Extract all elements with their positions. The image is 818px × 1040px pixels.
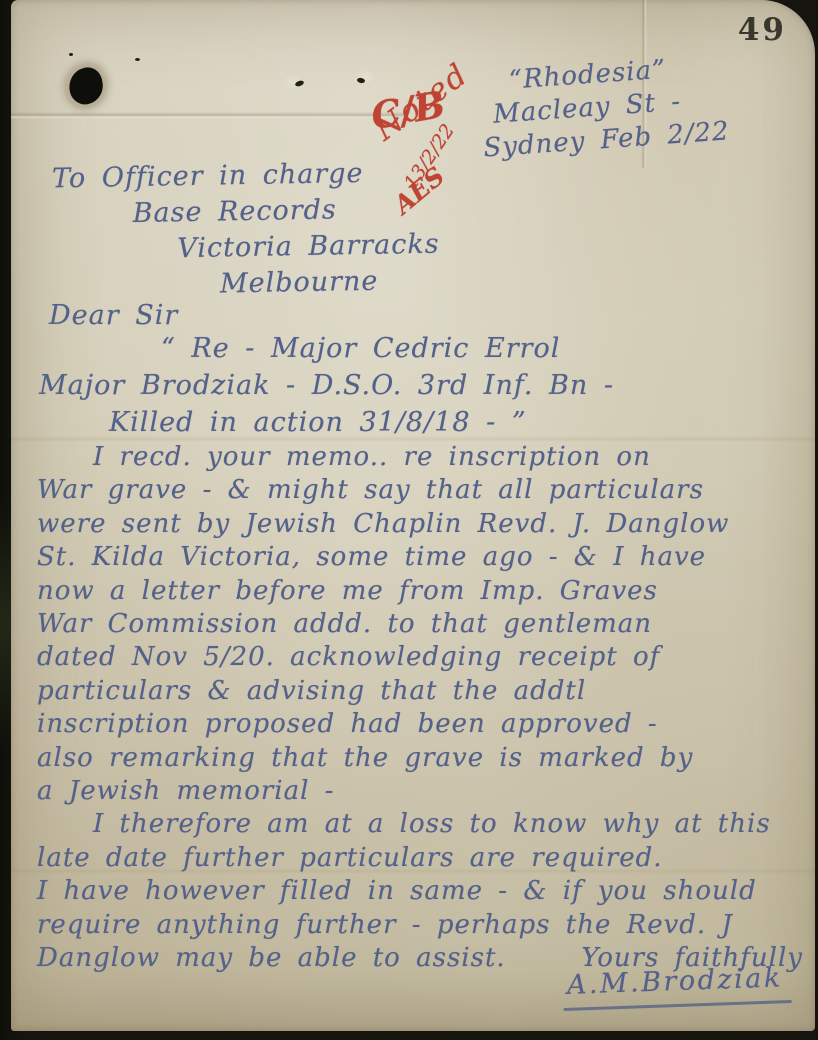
body-line: War Commission addd. to that gentleman bbox=[37, 608, 803, 641]
letter-page: 49 C/B Noted 13/2/22 AES “Rhodesia” Macl… bbox=[11, 0, 815, 1031]
signature: A.M.Brodziak bbox=[562, 962, 791, 1011]
folio-number: 49 bbox=[738, 12, 787, 48]
sender-address: “Rhodesia” Macleay St - Sydney Feb 2/22 bbox=[478, 50, 731, 166]
body-line: I have however filled in same - & if you… bbox=[37, 875, 803, 908]
paper-speck bbox=[357, 77, 366, 83]
body-line: late date further particulars are requir… bbox=[37, 842, 803, 875]
body-line: also remarking that the grave is marked … bbox=[37, 742, 803, 775]
letter-body: I recd. your memo.. re inscription on Wa… bbox=[37, 441, 803, 976]
subject-line: Major Brodziak - D.S.O. 3rd Inf. Bn - bbox=[39, 367, 614, 404]
body-line: dated Nov 5/20. acknowledging receipt of bbox=[37, 641, 803, 674]
body-line: now a letter before me from Imp. Graves bbox=[37, 575, 803, 608]
body-line: were sent by Jewish Chaplin Revd. J. Dan… bbox=[37, 508, 803, 541]
body-line: require anything further - perhaps the R… bbox=[37, 909, 803, 942]
body-line: a Jewish memorial - bbox=[37, 775, 803, 808]
recipient-line: Base Records bbox=[132, 191, 439, 232]
salutation: Dear Sir bbox=[49, 300, 178, 331]
subject-line: “ Re - Major Cedric Errol bbox=[161, 330, 614, 367]
fold-crease bbox=[11, 112, 403, 119]
body-line: Danglow may be able to assist. bbox=[37, 942, 506, 975]
paper-speck bbox=[135, 58, 140, 61]
paper-speck bbox=[69, 53, 73, 56]
recipient-line: Victoria Barracks bbox=[177, 227, 440, 268]
recipient-line: Melbourne bbox=[220, 263, 441, 303]
scan-background: 49 C/B Noted 13/2/22 AES “Rhodesia” Macl… bbox=[0, 0, 818, 1040]
paper-hole bbox=[65, 64, 107, 107]
body-line: St. Kilda Victoria, some time ago - & I … bbox=[37, 541, 803, 574]
body-line: particulars & advising that the addtl bbox=[37, 675, 803, 708]
body-line: War grave - & might say that all particu… bbox=[37, 474, 803, 507]
subject-line: Killed in action 31/8/18 - ” bbox=[109, 404, 614, 441]
paper-speck bbox=[294, 80, 304, 88]
body-line: inscription proposed had been approved - bbox=[37, 708, 803, 741]
recipient-address: To Officer in charge Base Records Victor… bbox=[52, 155, 441, 306]
body-line: I therefore am at a loss to know why at … bbox=[37, 808, 803, 841]
body-line: I recd. your memo.. re inscription on bbox=[37, 441, 803, 474]
subject-heading: “ Re - Major Cedric Errol Major Brodziak… bbox=[39, 330, 614, 441]
